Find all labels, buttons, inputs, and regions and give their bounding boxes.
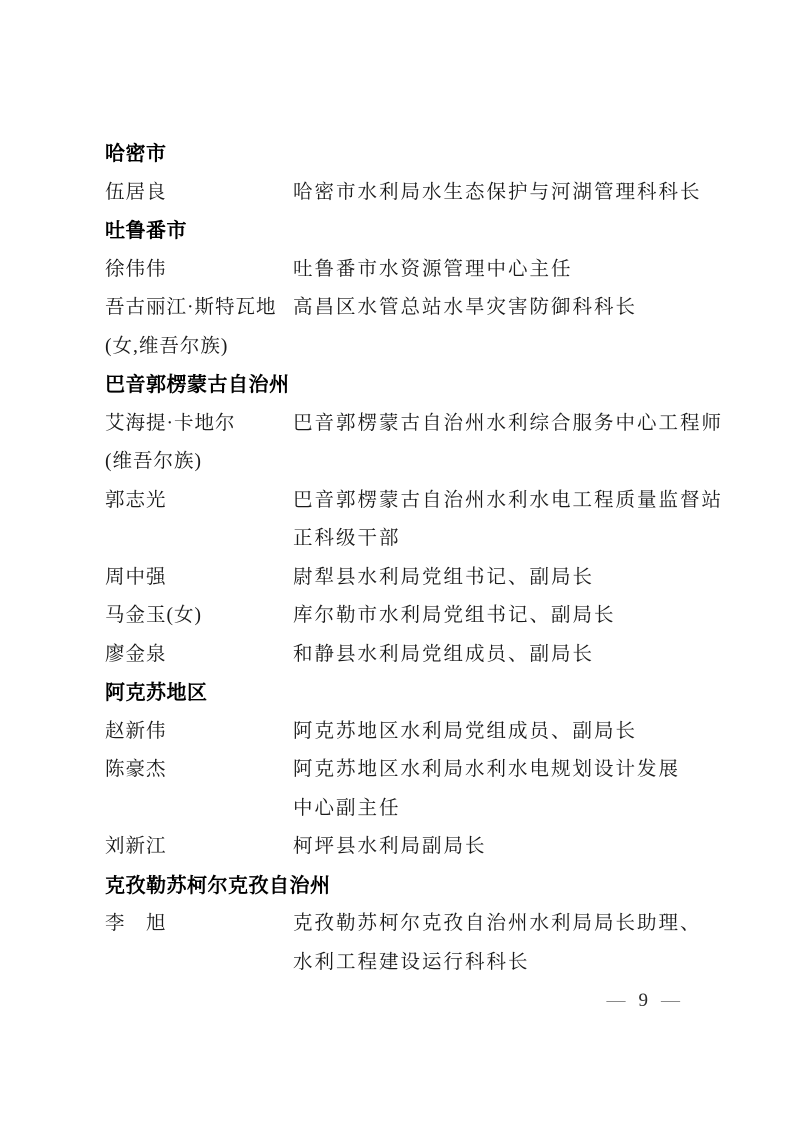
person-position: 尉犁县水利局党组书记、副局长: [293, 559, 594, 598]
person-position-line2: 水利工程建设运行科科长: [293, 944, 530, 983]
empty-name-cell: [105, 520, 293, 559]
entry-row: 徐伟伟 吐鲁番市水资源管理中心主任: [105, 251, 715, 290]
page-dash-left: —: [607, 982, 626, 1021]
section-header-text: 阿克苏地区: [105, 674, 208, 713]
person-note: (维吾尔族): [105, 443, 293, 482]
person-name: 李 旭: [105, 905, 293, 944]
position-continuation-row: 水利工程建设运行科科长: [105, 944, 715, 983]
section-header-row: 巴音郭楞蒙古自治州: [105, 366, 715, 405]
section-header-row: 阿克苏地区: [105, 674, 715, 713]
section-header-text: 吐鲁番市: [105, 212, 187, 251]
section-header-row: 哈密市: [105, 135, 715, 174]
person-position-line2: 正科级干部: [293, 520, 401, 559]
person-position: 高昌区水管总站水旱灾害防御科科长: [293, 289, 637, 328]
person-position: 巴音郭楞蒙古自治州水利水电工程质量监督站: [293, 482, 723, 521]
person-note: (女,维吾尔族): [105, 328, 293, 367]
person-name: 周中强: [105, 559, 293, 598]
empty-name-cell: [105, 790, 293, 829]
person-position: 柯坪县水利局副局长: [293, 828, 487, 867]
entry-row: 周中强 尉犁县水利局党组书记、副局长: [105, 559, 715, 598]
entry-row: 吾古丽江·斯特瓦地 高昌区水管总站水旱灾害防御科科长: [105, 289, 715, 328]
section-header-row: 吐鲁番市: [105, 212, 715, 251]
empty-name-cell: [105, 944, 293, 983]
entry-row: 李 旭 克孜勒苏柯尔克孜自治州水利局局长助理、: [105, 905, 715, 944]
entry-row: 陈豪杰 阿克苏地区水利局水利水电规划设计发展: [105, 751, 715, 790]
person-position: 阿克苏地区水利局党组成员、副局长: [293, 713, 637, 752]
section-header-text: 哈密市: [105, 135, 167, 174]
entry-row: 郭志光 巴音郭楞蒙古自治州水利水电工程质量监督站: [105, 482, 715, 521]
section-header-text: 巴音郭楞蒙古自治州: [105, 366, 290, 405]
page-dash-right: —: [661, 982, 680, 1021]
entry-row: 马金玉(女) 库尔勒市水利局党组书记、副局长: [105, 597, 715, 636]
person-position: 吐鲁番市水资源管理中心主任: [293, 251, 573, 290]
page-number: — 9 —: [607, 982, 681, 1021]
person-position: 哈密市水利局水生态保护与河湖管理科科长: [293, 174, 702, 213]
entry-row: 赵新伟 阿克苏地区水利局党组成员、副局长: [105, 713, 715, 752]
position-continuation-row: 正科级干部: [105, 520, 715, 559]
person-name: 刘新江: [105, 828, 293, 867]
person-position: 库尔勒市水利局党组书记、副局长: [293, 597, 616, 636]
person-position: 巴音郭楞蒙古自治州水利综合服务中心工程师: [293, 405, 723, 444]
entry-row: 廖金泉 和静县水利局党组成员、副局长: [105, 636, 715, 675]
entry-note-row: (女,维吾尔族): [105, 328, 715, 367]
section-header-row: 克孜勒苏柯尔克孜自治州: [105, 867, 715, 906]
person-name: 马金玉(女): [105, 597, 293, 636]
person-position: 和静县水利局党组成员、副局长: [293, 636, 594, 675]
person-name: 伍居良: [105, 174, 293, 213]
entry-row: 刘新江 柯坪县水利局副局长: [105, 828, 715, 867]
person-position: 克孜勒苏柯尔克孜自治州水利局局长助理、: [293, 905, 702, 944]
position-continuation-row: 中心副主任: [105, 790, 715, 829]
person-name: 吾古丽江·斯特瓦地: [105, 289, 293, 328]
section-header-text: 克孜勒苏柯尔克孜自治州: [105, 867, 331, 906]
person-position: 阿克苏地区水利局水利水电规划设计发展: [293, 751, 680, 790]
person-position-line2: 中心副主任: [293, 790, 401, 829]
person-name: 廖金泉: [105, 636, 293, 675]
person-name: 陈豪杰: [105, 751, 293, 790]
entry-row: 艾海提·卡地尔 巴音郭楞蒙古自治州水利综合服务中心工程师: [105, 405, 715, 444]
person-name: 徐伟伟: [105, 251, 293, 290]
page-number-text: 9: [639, 982, 649, 1021]
person-name: 艾海提·卡地尔: [105, 405, 293, 444]
person-name: 郭志光: [105, 482, 293, 521]
person-name: 赵新伟: [105, 713, 293, 752]
entry-row: 伍居良 哈密市水利局水生态保护与河湖管理科科长: [105, 174, 715, 213]
document-page: 哈密市 伍居良 哈密市水利局水生态保护与河湖管理科科长 吐鲁番市 徐伟伟 吐鲁番…: [0, 0, 793, 1122]
personnel-list: 哈密市 伍居良 哈密市水利局水生态保护与河湖管理科科长 吐鲁番市 徐伟伟 吐鲁番…: [105, 135, 715, 982]
entry-note-row: (维吾尔族): [105, 443, 715, 482]
